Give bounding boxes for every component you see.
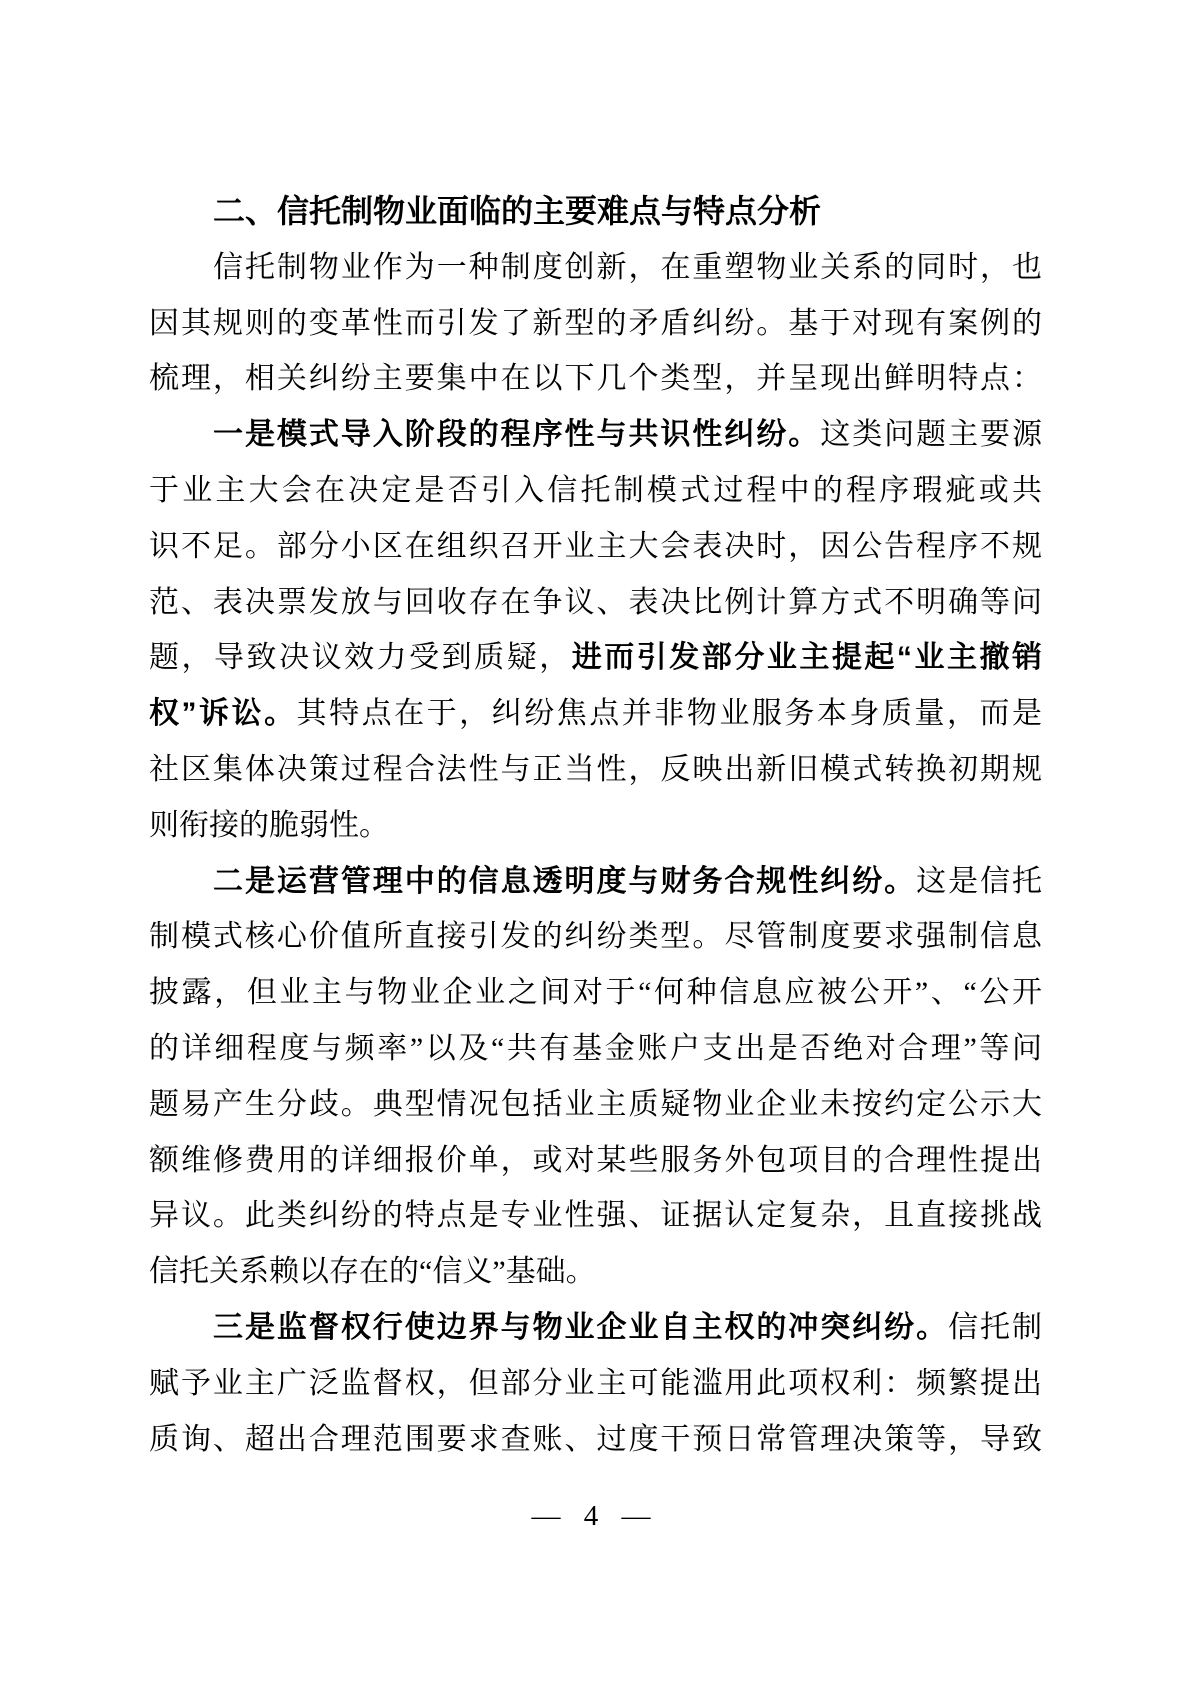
page-content: 二、信托制物业面临的主要难点与特点分析 信托制物业作为一种制度创新，在重塑物业关…: [149, 184, 1042, 1467]
text-segment: 因其规则的变革性而引发了新型的矛盾纠纷。基于对现有案例的: [149, 307, 1042, 340]
text-line: 识不足。部分小区在组织召开业主大会表决时，因公告程序不规: [149, 519, 1042, 575]
text-line: 披露，但业主与物业企业之间对于“何种信息应被公开”、“公开: [149, 965, 1042, 1021]
text-line: 题，导致决议效力受到质疑，进而引发部分业主提起“业主撤销: [149, 630, 1042, 686]
text-line: 则衔接的脆弱性。: [149, 798, 1042, 854]
text-line: 质询、超出合理范围要求查账、过度干预日常管理决策等，导致: [149, 1412, 1042, 1468]
text-segment: 范、表决票发放与回收存在争议、表决比例计算方式不明确等问: [149, 586, 1042, 619]
text-segment: 信托制: [948, 1311, 1042, 1344]
text-segment: 梳理，相关纠纷主要集中在以下几个类型，并呈现出鲜明特点：: [149, 362, 1042, 395]
bold-text-segment: 三是监督权行使边界与物业企业自主权的冲突纠纷。: [213, 1311, 948, 1344]
text-segment: 异议。此类纠纷的特点是专业性强、证据认定复杂，且直接挑战: [149, 1199, 1042, 1232]
text-segment: 于业主大会在决定是否引入信托制模式过程中的程序瑕疵或共: [149, 474, 1042, 507]
page-number: — 4 —: [532, 1500, 659, 1532]
text-segment: 这类问题主要源: [820, 418, 1042, 451]
bold-text-segment: 一是模式导入阶段的程序性与共识性纠纷。: [213, 418, 820, 451]
text-segment: 的详细程度与频率”以及“共有基金账户支出是否绝对合理”等问: [149, 1032, 1042, 1065]
text-line: 制模式核心价值所直接引发的纠纷类型。尽管制度要求强制信息: [149, 909, 1042, 965]
text-line: 一是模式导入阶段的程序性与共识性纠纷。这类问题主要源: [149, 407, 1042, 463]
text-segment: 赋予业主广泛监督权，但部分业主可能滥用此项权利：频繁提出: [149, 1367, 1042, 1400]
text-segment: 质询、超出合理范围要求查账、过度干预日常管理决策等，导致: [149, 1423, 1042, 1456]
bold-text-segment: 二是运营管理中的信息透明度与财务合规性纠纷。: [213, 865, 916, 898]
text-line: 范、表决票发放与回收存在争议、表决比例计算方式不明确等问: [149, 575, 1042, 631]
text-line: 社区集体决策过程合法性与正当性，反映出新旧模式转换初期规: [149, 742, 1042, 798]
text-line: 权”诉讼。其特点在于，纠纷焦点并非物业服务本身质量，而是: [149, 686, 1042, 742]
text-segment: 识不足。部分小区在组织召开业主大会表决时，因公告程序不规: [149, 530, 1042, 563]
section-heading: 二、信托制物业面临的主要难点与特点分析: [149, 184, 1042, 240]
text-segment: 信托制物业作为一种制度创新，在重塑物业关系的同时，也: [213, 251, 1042, 284]
text-segment: 其特点在于，纠纷焦点并非物业服务本身质量，而是: [297, 697, 1042, 730]
text-line: 赋予业主广泛监督权，但部分业主可能滥用此项权利：频繁提出: [149, 1356, 1042, 1412]
text-segment: 制模式核心价值所直接引发的纠纷类型。尽管制度要求强制信息: [149, 920, 1042, 953]
text-line: 二是运营管理中的信息透明度与财务合规性纠纷。这是信托: [149, 854, 1042, 910]
text-segment: 额维修费用的详细报价单，或对某些服务外包项目的合理性提出: [149, 1144, 1042, 1177]
bold-text-segment: 权”诉讼。: [149, 697, 297, 730]
text-segment: 题易产生分歧。典型情况包括业主质疑物业企业未按约定公示大: [149, 1088, 1042, 1121]
text-segment: 题，导致决议效力受到质疑，: [149, 641, 572, 674]
text-line: 题易产生分歧。典型情况包括业主质疑物业企业未按约定公示大: [149, 1077, 1042, 1133]
text-line: 于业主大会在决定是否引入信托制模式过程中的程序瑕疵或共: [149, 463, 1042, 519]
text-segment: 信托关系赖以存在的“信义”基础。: [149, 1255, 596, 1288]
text-line: 三是监督权行使边界与物业企业自主权的冲突纠纷。信托制: [149, 1300, 1042, 1356]
document-body: 信托制物业作为一种制度创新，在重塑物业关系的同时，也因其规则的变革性而引发了新型…: [149, 240, 1042, 1468]
page-footer: — 4 —: [0, 1496, 1190, 1536]
text-line: 梳理，相关纠纷主要集中在以下几个类型，并呈现出鲜明特点：: [149, 351, 1042, 407]
text-segment: 则衔接的脆弱性。: [149, 809, 389, 842]
text-segment: 社区集体决策过程合法性与正当性，反映出新旧模式转换初期规: [149, 753, 1042, 786]
text-line: 的详细程度与频率”以及“共有基金账户支出是否绝对合理”等问: [149, 1021, 1042, 1077]
text-line: 信托关系赖以存在的“信义”基础。: [149, 1244, 1042, 1300]
text-line: 异议。此类纠纷的特点是专业性强、证据认定复杂，且直接挑战: [149, 1188, 1042, 1244]
text-line: 信托制物业作为一种制度创新，在重塑物业关系的同时，也: [149, 240, 1042, 296]
document-page: 二、信托制物业面临的主要难点与特点分析 信托制物业作为一种制度创新，在重塑物业关…: [0, 0, 1190, 1683]
bold-text-segment: 进而引发部分业主提起“业主撤销: [572, 641, 1042, 674]
text-line: 额维修费用的详细报价单，或对某些服务外包项目的合理性提出: [149, 1133, 1042, 1189]
text-line: 因其规则的变革性而引发了新型的矛盾纠纷。基于对现有案例的: [149, 296, 1042, 352]
text-segment: 披露，但业主与物业企业之间对于“何种信息应被公开”、“公开: [149, 976, 1042, 1009]
text-segment: 这是信托: [916, 865, 1042, 898]
